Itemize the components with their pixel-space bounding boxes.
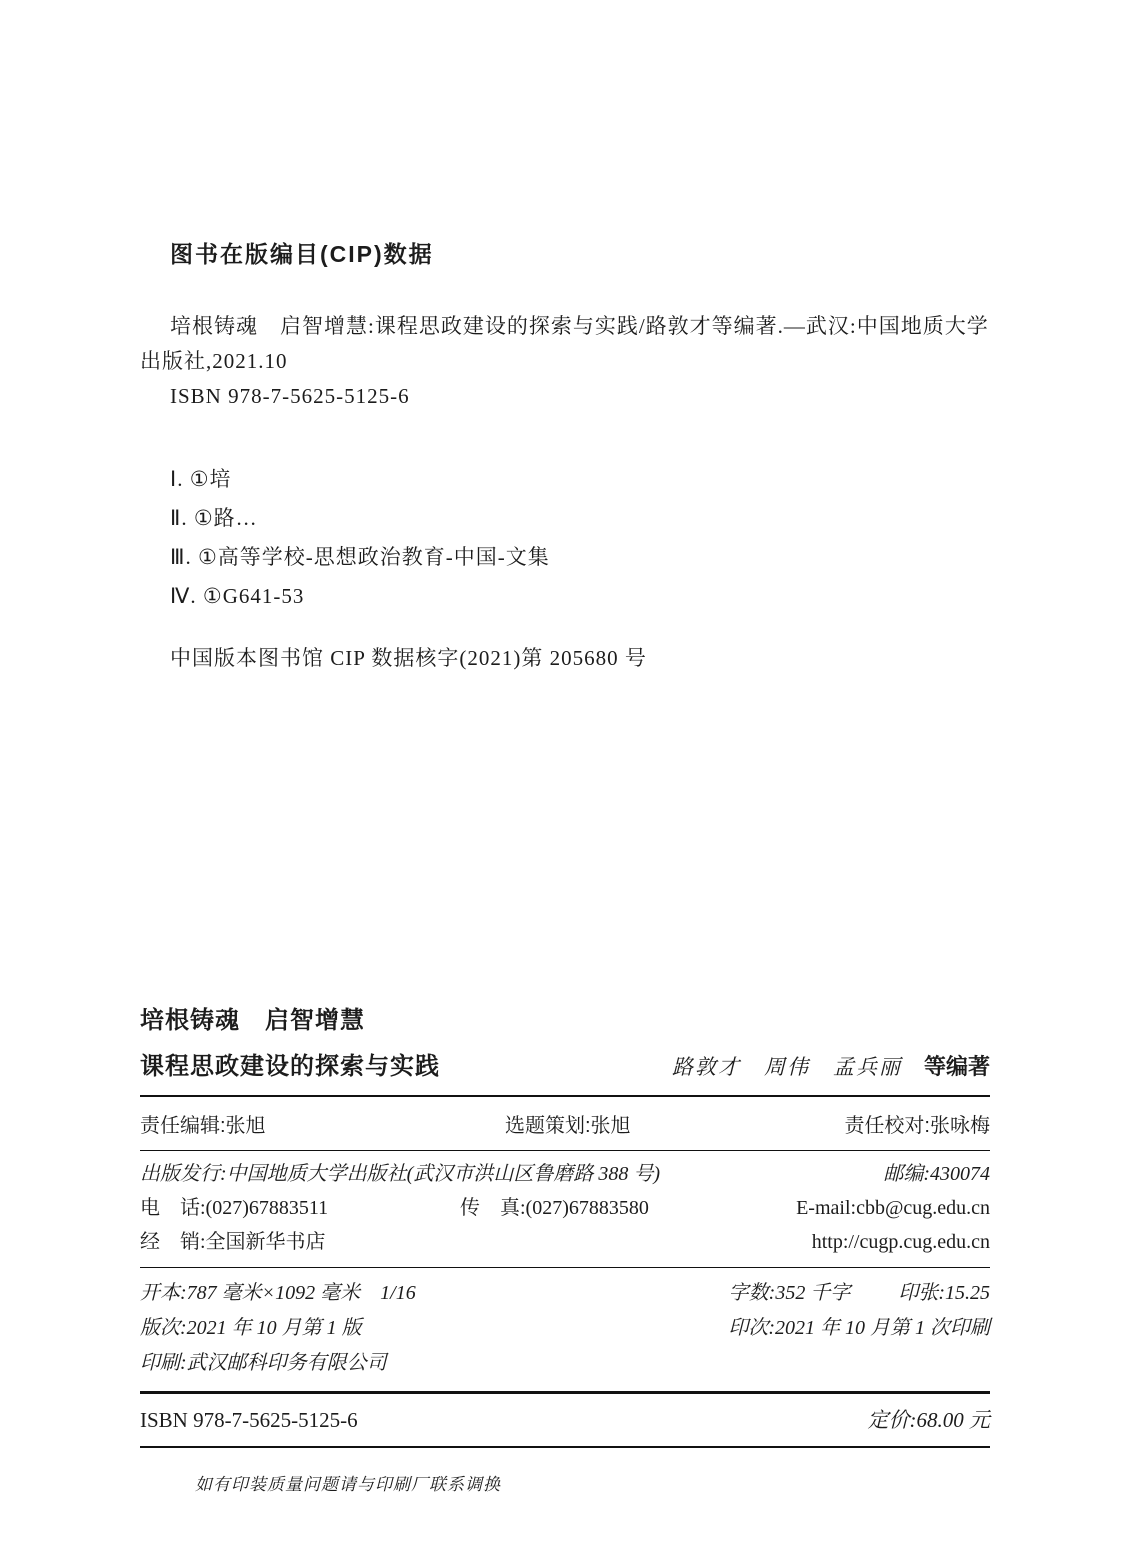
print-sheets: 印张:15.25 — [898, 1276, 990, 1311]
cip-item-2: Ⅱ. ①路… — [170, 499, 990, 538]
seller: 经 销:全国新华书店 — [140, 1225, 326, 1259]
publisher-section: 出版发行:中国地质大学出版社(武汉市洪山区鲁磨路 388 号) 邮编:43007… — [140, 1151, 990, 1267]
cip-item-1: Ⅰ. ①培 — [170, 460, 990, 499]
format-right-group: 字数:352 千字 印张:15.25 — [729, 1276, 990, 1311]
printer: 印刷:武汉邮科印务有限公司 — [140, 1346, 387, 1381]
price: 定价:68.00 元 — [868, 1404, 991, 1434]
cip-item-4: Ⅳ. ①G641-53 — [170, 577, 990, 616]
format-section: 开本:787 毫米×1092 毫米 1/16 字数:352 千字 印张:15.2… — [140, 1268, 990, 1391]
cip-block: 图书在版编目(CIP)数据 培根铸魂 启智增慧:课程思政建设的探索与实践/路敦才… — [140, 236, 990, 672]
authors-group: 路敦才 周伟 孟兵丽 等编著 — [672, 1050, 990, 1081]
staff-row: 责任编辑:张旭 选题策划:张旭 责任校对:张咏梅 — [140, 1097, 990, 1150]
authors: 路敦才 周伟 孟兵丽 — [672, 1055, 902, 1079]
cip-header: 图书在版编目(CIP)数据 — [140, 236, 990, 269]
isbn-number: ISBN 978-7-5625-5125-6 — [140, 1408, 358, 1433]
cip-record-number: 中国版本图书馆 CIP 数据核字(2021)第 205680 号 — [140, 642, 990, 672]
website: http://cugp.cug.edu.cn — [812, 1225, 990, 1259]
fax: 传 真:(027)67883580 — [460, 1191, 649, 1225]
staff-editor: 责任编辑:张旭 — [140, 1109, 266, 1138]
staff-proofreader: 责任校对:张咏梅 — [844, 1109, 990, 1138]
printer-row: 印刷:武汉邮科印务有限公司 — [140, 1346, 990, 1381]
quality-note: 如有印装质量问题请与印刷厂联系调换 — [140, 1470, 990, 1495]
cip-item-3: Ⅲ. ①高等学校-思想政治教育-中国-文集 — [170, 538, 990, 577]
cip-description: 培根铸魂 启智增慧:课程思政建设的探索与实践/路敦才等编著.—武汉:中国地质大学… — [140, 309, 990, 379]
cip-classification-list: Ⅰ. ①培 Ⅱ. ①路… Ⅲ. ①高等学校-思想政治教育-中国-文集 Ⅳ. ①G… — [140, 460, 990, 616]
postcode: 邮编:430074 — [883, 1157, 990, 1191]
isbn-row: ISBN 978-7-5625-5125-6 定价:68.00 元 — [140, 1394, 990, 1446]
format-size: 开本:787 毫米×1092 毫米 1/16 — [140, 1276, 416, 1311]
book-subtitle: 课程思政建设的探索与实践 — [140, 1046, 440, 1081]
edition-row: 版次:2021 年 10 月第 1 版 印次:2021 年 10 月第 1 次印… — [140, 1311, 990, 1346]
cip-description-line2: 出版社,2021.10 — [140, 349, 288, 373]
contact-row: 电 话:(027)67883511 传 真:(027)67883580 E-ma… — [140, 1191, 990, 1225]
divider — [140, 1446, 990, 1448]
distribution-row: 经 销:全国新华书店 http://cugp.cug.edu.cn — [140, 1225, 990, 1259]
authors-suffix: 等编著 — [924, 1054, 990, 1079]
cip-isbn: ISBN 978-7-5625-5125-6 — [140, 379, 990, 414]
publisher-name: 出版发行:中国地质大学出版社(武汉市洪山区鲁磨路 388 号) — [140, 1157, 660, 1191]
staff-planner: 选题策划:张旭 — [505, 1109, 631, 1138]
book-title: 培根铸魂 启智增慧 — [140, 1000, 990, 1035]
impression: 印次:2021 年 10 月第 1 次印刷 — [728, 1311, 990, 1346]
copyright-page: 图书在版编目(CIP)数据 培根铸魂 启智增慧:课程思政建设的探索与实践/路敦才… — [0, 0, 1122, 1547]
format-row: 开本:787 毫米×1092 毫米 1/16 字数:352 千字 印张:15.2… — [140, 1276, 990, 1311]
cip-description-line1: 培根铸魂 启智增慧:课程思政建设的探索与实践/路敦才等编著.—武汉:中国地质大学 — [170, 314, 989, 338]
colophon-block: 培根铸魂 启智增慧 课程思政建设的探索与实践 路敦才 周伟 孟兵丽 等编著 责任… — [140, 1000, 990, 1495]
subtitle-row: 课程思政建设的探索与实践 路敦才 周伟 孟兵丽 等编著 — [140, 1046, 990, 1081]
email: E-mail:cbb@cug.edu.cn — [796, 1191, 990, 1225]
publisher-row: 出版发行:中国地质大学出版社(武汉市洪山区鲁磨路 388 号) 邮编:43007… — [140, 1157, 990, 1191]
edition: 版次:2021 年 10 月第 1 版 — [140, 1311, 362, 1346]
word-count: 字数:352 千字 — [729, 1276, 851, 1311]
telephone: 电 话:(027)67883511 — [140, 1191, 328, 1225]
